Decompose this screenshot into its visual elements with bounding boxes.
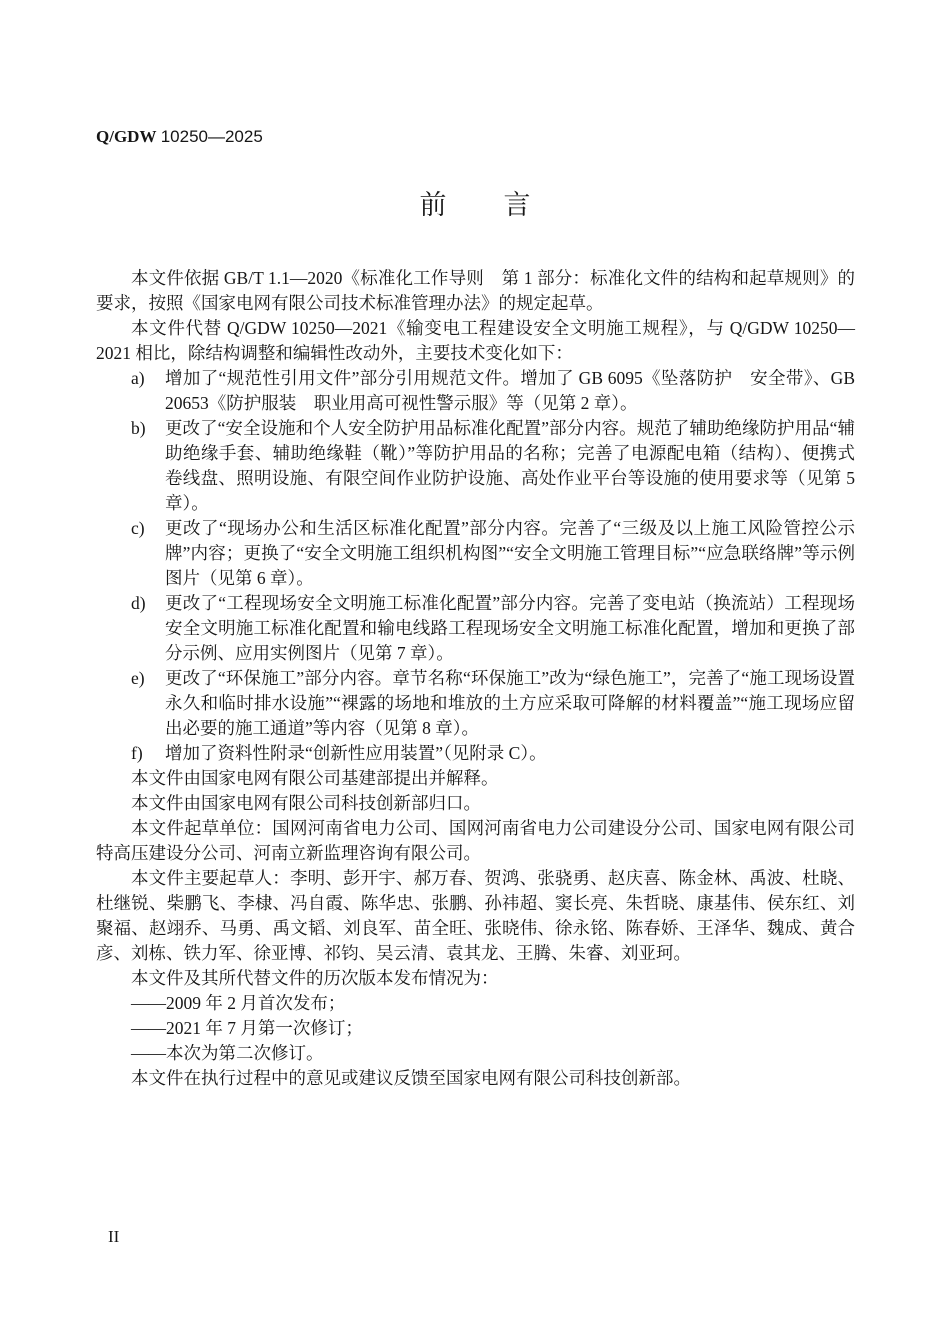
change-item-label: d) [131, 591, 165, 666]
change-item-f: f) 增加了资料性附录“创新性应用装置”（见附录 C）。 [96, 741, 855, 766]
change-item-text: 增加了资料性附录“创新性应用装置”（见附录 C）。 [165, 741, 855, 766]
change-item-text: 增加了“规范性引用文件”部分引用规范文件。增加了 GB 6095《坠落防护 安全… [165, 366, 855, 416]
paragraph-propose: 本文件由国家电网有限公司基建部提出并解释。 [96, 766, 855, 791]
page-number: II [108, 1226, 119, 1248]
page-title: 前 言 [96, 188, 855, 222]
document-code: Q/GDW 10250—2025 [96, 126, 855, 148]
document-code-number: 10250—2025 [161, 127, 263, 146]
change-item-d: d) 更改了“工程现场安全文明施工标准化配置”部分内容。完善了变电站（换流站）工… [96, 591, 855, 666]
change-item-text: 更改了“现场办公和生活区标准化配置”部分内容。完善了“三级及以上施工风险管控公示… [165, 516, 855, 591]
change-item-b: b) 更改了“安全设施和个人安全防护用品标准化配置”部分内容。规范了辅助绝缘防护… [96, 416, 855, 516]
foreword-body: 本文件依据 GB/T 1.1—2020《标准化工作导则 第 1 部分：标准化文件… [96, 266, 855, 1091]
history-entry-2009: ——2009 年 2 月首次发布； [96, 991, 855, 1016]
history-entry-2021: ——2021 年 7 月第一次修订； [96, 1016, 855, 1041]
paragraph-feedback: 本文件在执行过程中的意见或建议反馈至国家电网有限公司科技创新部。 [96, 1066, 855, 1091]
document-code-prefix: Q/GDW [96, 127, 156, 146]
change-item-label: c) [131, 516, 165, 591]
change-item-text: 更改了“安全设施和个人安全防护用品标准化配置”部分内容。规范了辅助绝缘防护用品“… [165, 416, 855, 516]
change-item-label: f) [131, 741, 165, 766]
change-item-label: a) [131, 366, 165, 416]
change-item-a: a) 增加了“规范性引用文件”部分引用规范文件。增加了 GB 6095《坠落防护… [96, 366, 855, 416]
change-item-label: e) [131, 666, 165, 741]
change-list: a) 增加了“规范性引用文件”部分引用规范文件。增加了 GB 6095《坠落防护… [96, 366, 855, 766]
change-item-e: e) 更改了“环保施工”部分内容。章节名称“环保施工”改为“绿色施工”，完善了“… [96, 666, 855, 741]
change-item-text: 更改了“环保施工”部分内容。章节名称“环保施工”改为“绿色施工”，完善了“施工现… [165, 666, 855, 741]
paragraph-drafters: 本文件主要起草人：李明、彭开宇、郝万春、贺鸿、张骁勇、赵庆喜、陈金林、禹波、杜晓… [96, 866, 855, 966]
history-entry-current: ——本次为第二次修订。 [96, 1041, 855, 1066]
document-page: Q/GDW 10250—2025 前 言 本文件依据 GB/T 1.1—2020… [0, 0, 950, 1333]
paragraph-basis: 本文件依据 GB/T 1.1—2020《标准化工作导则 第 1 部分：标准化文件… [96, 266, 855, 316]
change-item-text: 更改了“工程现场安全文明施工标准化配置”部分内容。完善了变电站（换流站）工程现场… [165, 591, 855, 666]
paragraph-drafting-org: 本文件起草单位：国网河南省电力公司、国网河南省电力公司建设分公司、国家电网有限公… [96, 816, 855, 866]
change-item-c: c) 更改了“现场办公和生活区标准化配置”部分内容。完善了“三级及以上施工风险管… [96, 516, 855, 591]
change-item-label: b) [131, 416, 165, 516]
page-content: Q/GDW 10250—2025 前 言 本文件依据 GB/T 1.1—2020… [96, 0, 855, 1091]
paragraph-replace: 本文件代替 Q/GDW 10250—2021《输变电工程建设安全文明施工规程》，… [96, 316, 855, 366]
paragraph-centralize: 本文件由国家电网有限公司科技创新部归口。 [96, 791, 855, 816]
paragraph-history-intro: 本文件及其所代替文件的历次版本发布情况为： [96, 966, 855, 991]
